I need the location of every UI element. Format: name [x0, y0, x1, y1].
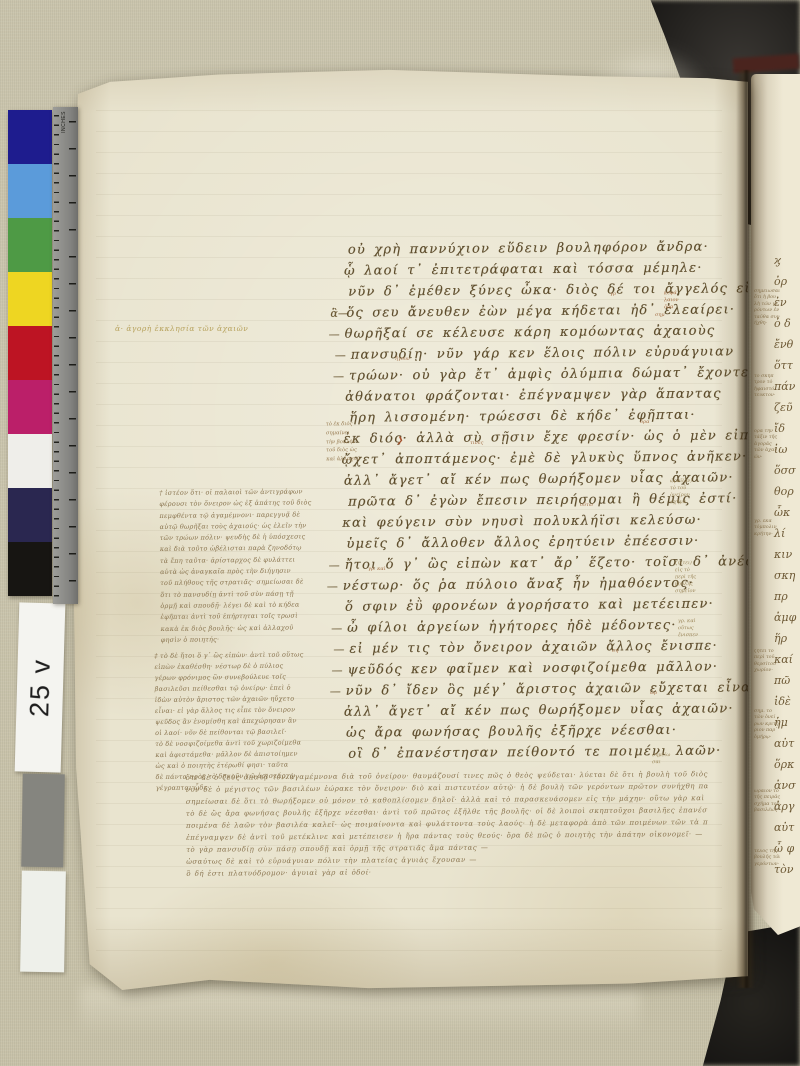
- white-calibration-patch: [20, 871, 66, 973]
- recto-marginal-scholion: σημείωσαιὅτι ἡ βουλὴ τῶν γερόντων ἐνταῦθ…: [754, 289, 780, 327]
- scholion-line: φησὶν ὁ ποιητής·: [161, 633, 351, 646]
- verso-page-wrap: ἀ· ἀγορὴ ἐκκλησία τῶν ἀχαιῶν οὐ χρὴ πανν…: [70, 68, 748, 990]
- scholion-line: βουλῆς τῶν: [754, 855, 780, 861]
- ruler: INCHES: [53, 107, 78, 604]
- scholion-line: τόμπολιν: [754, 525, 780, 531]
- recto-line-start: ὅρκ: [774, 754, 800, 775]
- pointer-scholion-lines: τὸ ἐκ διὸςσημαίνειτὴν βουλὴντοῦ διὸς ὡςκ…: [326, 420, 396, 465]
- interlinear-gloss: ση: [612, 648, 618, 654]
- recto-line-starts: ϗὀρἐνὁ δἔνθὅττπάνζεῦἴδἰωὅσσθορὦκλίκινσκη…: [774, 250, 800, 880]
- color-patch: [8, 326, 52, 380]
- color-patch: [8, 434, 52, 488]
- recto-marginal-scholion: γρ. ἑκατόμπολινκρήτην·: [754, 519, 780, 538]
- pointer-scholion: ❯ τὸ ἐκ διὸςσημαίνειτὴν βουλὴντοῦ διὸς ὡ…: [326, 420, 396, 465]
- recto-line-start: πρ: [774, 586, 800, 607]
- recto-marginal-scholion: σημ. τὸτῶν ὀνείρων κριτήριον παρ᾽ὁμήρῳ·: [754, 709, 780, 741]
- recto-line-start: ϗ: [774, 250, 800, 271]
- gray-calibration-patch: [21, 774, 65, 868]
- interlinear-gloss: σημ: [655, 312, 665, 318]
- pointer-arrow-icon: ❯: [396, 436, 403, 445]
- color-patch: [8, 272, 52, 326]
- color-patch: [8, 380, 52, 434]
- red-marginal-note: κεφάλαιονὅρα: [664, 290, 704, 311]
- scholion-line: κρήτην·: [754, 532, 780, 538]
- recto-line-start: θορ: [774, 481, 800, 502]
- interlinear-gloss: ὡρ: [650, 690, 657, 696]
- color-patch: [8, 542, 52, 596]
- scholion-line: σαι: [652, 759, 694, 766]
- gutter-shadow: [736, 70, 755, 988]
- recto-marginal-scholion: ὅρα τὴντάξιν τῆςἀγορᾶςτῶν ἀχαιῶν·: [754, 429, 780, 461]
- scholion-line: τάξιν τῆς: [754, 435, 780, 441]
- left-scholia-upper: † ἰστέον ὅτι· οἱ παλαιοὶ τῶν ἀντιγράφωνφ…: [159, 486, 351, 646]
- scholion-line: τευκτον·: [754, 393, 780, 399]
- fabric-highlight: [80, 988, 640, 1048]
- color-patch: [8, 110, 52, 164]
- recto-marginal-scholion: τὸ σκῆπτρον τὸἡφαιστότευκτον·: [754, 374, 780, 400]
- right-marginal-note: σημείωσαι: [652, 752, 694, 766]
- interlinear-gloss: ὅρα: [640, 419, 649, 425]
- interlinear-gloss: ἤγουν: [395, 356, 410, 362]
- recto-line-start: ὅττ: [774, 355, 800, 376]
- recto-line-start: σκη: [774, 565, 800, 586]
- bottom-scholia: ὅτι δὲ ὁ ζεὺς ἀπατᾷ τὸν ἀγαμέμνονα διὰ τ…: [186, 768, 709, 880]
- scholion-line: ριον παρ᾽: [754, 728, 780, 734]
- recto-marginal-scholion: τέλος τῆςβουλῆς τῶνγερόντων·: [754, 849, 780, 868]
- right-marginal-note: ζή(τει)εἰς τὸπερὶ τῆςβουλῆςσημεῖον: [675, 560, 717, 595]
- interlinear-gloss: οὕτω: [580, 502, 593, 508]
- scholion-line: ρόντων ἐν: [754, 308, 780, 314]
- color-calibration-bar: [8, 110, 52, 596]
- recto-page-strip: ϗὀρἐνὁ δἔνθὅττπάνζεῦἴδἰωὅσσθορὦκλίκινσκη…: [751, 74, 800, 935]
- scholion-line: ήχθη·: [754, 321, 780, 327]
- right-marginal-note: γρ. καὶοὕτωςἔνισπεν: [678, 618, 720, 639]
- recto-marginal-scholion: ὡραῖον τὸτῆς πειρᾶςσχῆμα τοῦβασιλέως·: [754, 789, 780, 815]
- scholion-line: ἔνισπεν: [678, 632, 720, 639]
- recto-line-start: ἀμφ: [774, 607, 800, 628]
- scholion-line: βασιλέως·: [754, 808, 780, 814]
- recto-marginal-scholion: ζήτει τὸπερὶ τοῦθερσίτουχωρίον·: [754, 649, 780, 675]
- recto-line-start: αὐτ: [774, 817, 800, 838]
- interlinear-gloss: γρ: [610, 291, 616, 297]
- right-marginal-note: ὡραῖ(ον)τὸ τοῦὀνείρουσχῆμα: [670, 478, 712, 506]
- color-patch: [8, 488, 52, 542]
- recto-line-start: ὅσσ: [774, 460, 800, 481]
- scholion-line: καὶ ἀλλαχοῦ: [326, 455, 396, 465]
- scholion-line: σχῆμα: [670, 499, 712, 506]
- scholion-line: ὁμήρῳ·: [754, 735, 780, 741]
- scholion-line: τῶν ἀχαι: [754, 448, 780, 454]
- color-patch: [8, 164, 52, 218]
- interlinear-gloss: τινὲς: [470, 440, 483, 446]
- manuscript-photo: ϗὀρἐνὁ δἔνθὅττπάνζεῦἴδἰωὅσσθορὦκλίκινσκη…: [0, 0, 800, 1066]
- folio-number: 25 v: [24, 658, 57, 718]
- recto-line-start: ἔνθ: [774, 334, 800, 355]
- recto-line-start: ζεῦ: [774, 397, 800, 418]
- ruler-label: INCHES: [61, 111, 67, 133]
- scholion-line: χωρίον·: [754, 668, 780, 674]
- scholion-line: τῆς πειρᾶς: [754, 795, 780, 801]
- recto-line-start: ἥρ: [774, 628, 800, 649]
- color-patch: [8, 218, 52, 272]
- verso-page: ἀ· ἀγορὴ ἐκκλησία τῶν ἀχαιῶν οὐ χρὴ πανν…: [70, 68, 748, 990]
- scholion-line: γερόντων·: [754, 862, 780, 868]
- recto-line-start: κιν: [774, 544, 800, 565]
- scholion-line: ῶν·: [754, 455, 780, 461]
- interlinear-gloss: τὸ: [70, 68, 76, 74]
- interlinear-gloss: γρ. καὶ: [368, 566, 386, 572]
- folio-label: 25 v: [15, 602, 66, 772]
- scholion-line: σημεῖον: [675, 588, 717, 595]
- scholion-line: ὅρα: [664, 304, 704, 311]
